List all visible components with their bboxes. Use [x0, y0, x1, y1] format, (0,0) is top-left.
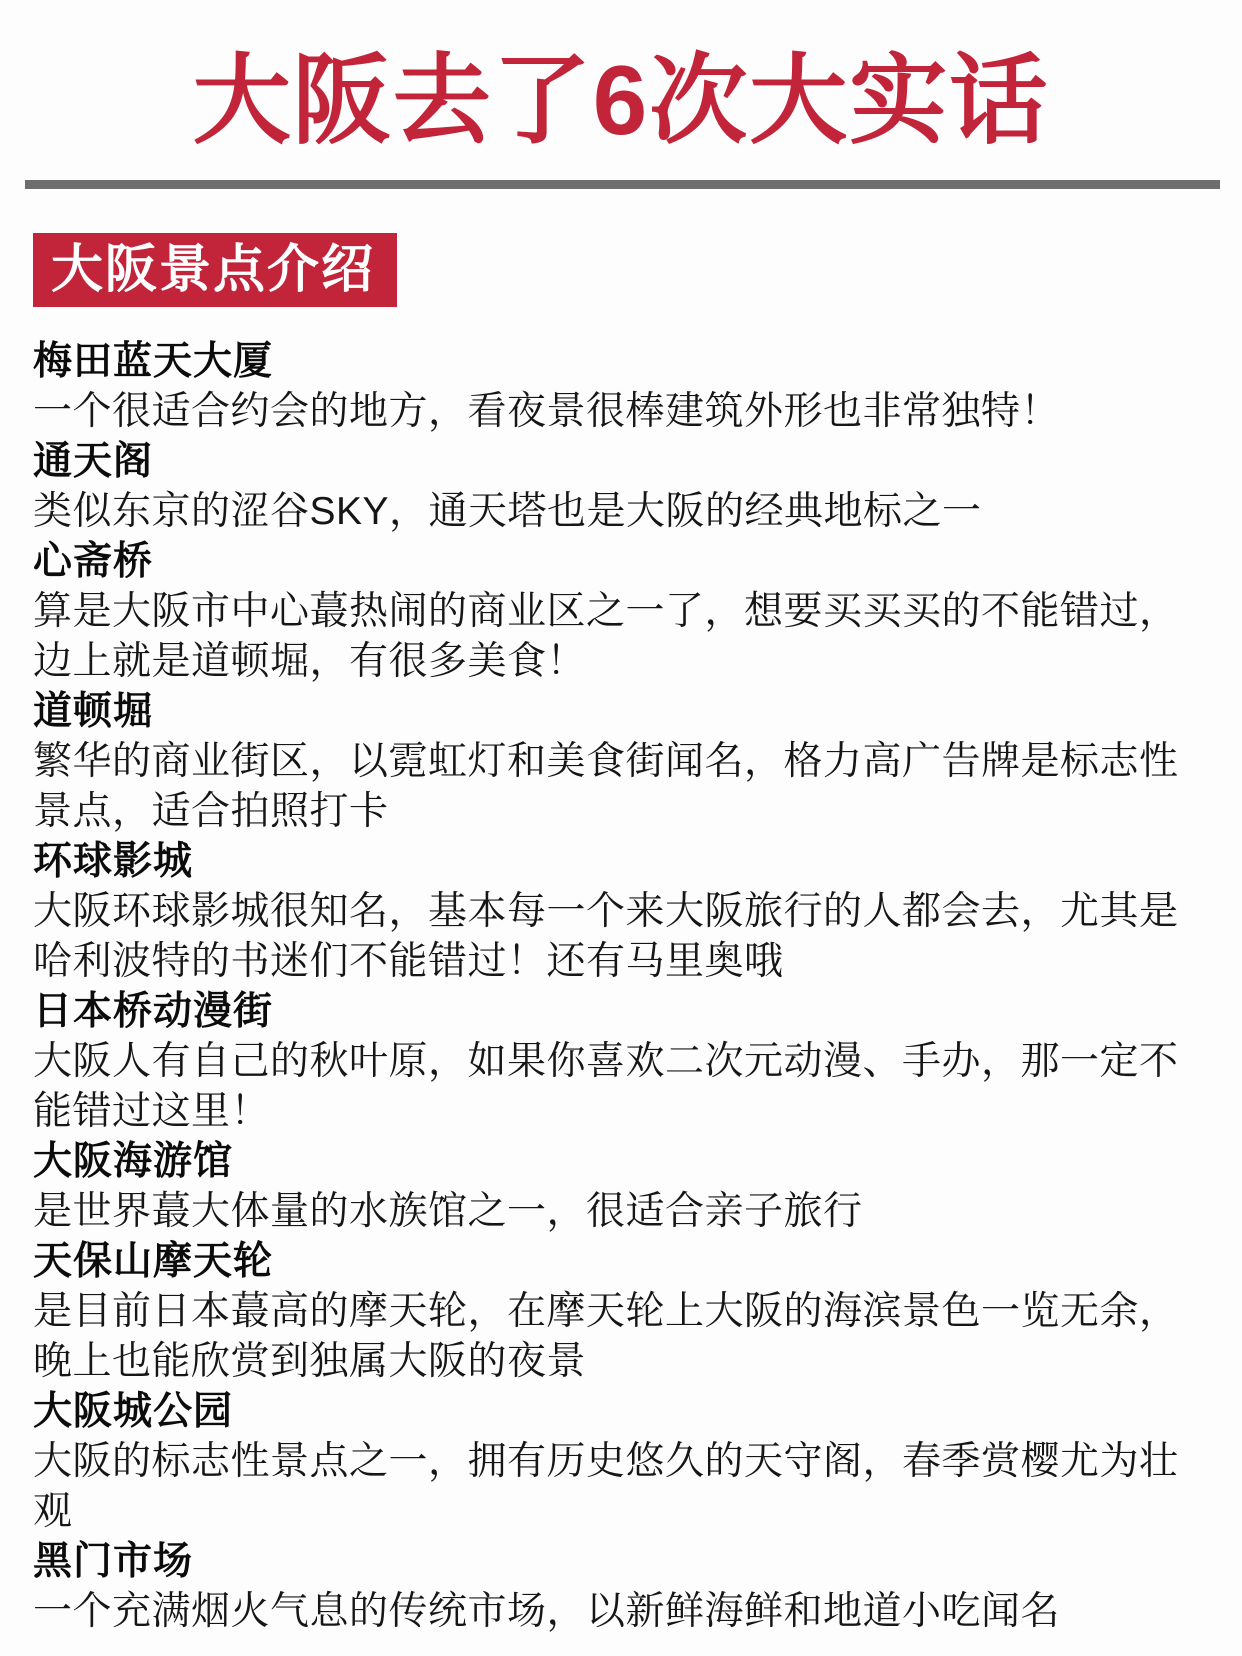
section-badge: 大阪景点介绍	[33, 233, 397, 307]
attraction-description: 算是大阪市中心蕞热闹的商业区之一了，想要买买买的不能错过，边上就是道顿堀，有很多…	[33, 587, 1214, 687]
attraction-item: 道顿堀 繁华的商业街区，以霓虹灯和美食街闻名，格力高广告牌是标志性景点，适合拍照…	[33, 687, 1214, 837]
attraction-description: 繁华的商业街区，以霓虹灯和美食街闻名，格力高广告牌是标志性景点，适合拍照打卡	[33, 737, 1214, 837]
attraction-item: 心斋桥 算是大阪市中心蕞热闹的商业区之一了，想要买买买的不能错过，边上就是道顿堀…	[33, 537, 1214, 687]
attraction-item: 环球影城 大阪环球影城很知名，基本每一个来大阪旅行的人都会去，尤其是哈利波特的书…	[33, 837, 1214, 987]
attraction-name: 日本桥动漫街	[33, 987, 1214, 1037]
page: 大阪去了6次大实话 大阪景点介绍 梅田蓝天大厦 一个很适合约会的地方，看夜景很棒…	[0, 0, 1242, 1656]
attraction-item: 黑门市场 一个充满烟火气息的传统市场，以新鲜海鲜和地道小吃闻名	[33, 1537, 1214, 1637]
attraction-item: 通天阁 类似东京的涩谷SKY，通天塔也是大阪的经典地标之一	[33, 437, 1214, 537]
attraction-name: 梅田蓝天大厦	[33, 337, 1214, 387]
attraction-description: 是世界蕞大体量的水族馆之一，很适合亲子旅行	[33, 1187, 1214, 1237]
page-title: 大阪去了6次大实话	[0, 0, 1242, 156]
attraction-item: 大阪城公园 大阪的标志性景点之一，拥有历史悠久的天守阁，春季赏樱尤为壮观	[33, 1387, 1214, 1537]
attraction-name: 环球影城	[33, 837, 1214, 887]
attraction-name: 大阪城公园	[33, 1387, 1214, 1437]
attractions-list: 梅田蓝天大厦 一个很适合约会的地方，看夜景很棒建筑外形也非常独特！ 通天阁 类似…	[33, 337, 1214, 1637]
attraction-name: 黑门市场	[33, 1537, 1214, 1587]
attraction-name: 通天阁	[33, 437, 1214, 487]
attraction-description: 大阪人有自己的秋叶原，如果你喜欢二次元动漫、手办，那一定不能错过这里！	[33, 1037, 1214, 1137]
attraction-description: 大阪的标志性景点之一，拥有历史悠久的天守阁，春季赏樱尤为壮观	[33, 1437, 1214, 1537]
divider-line	[25, 180, 1220, 189]
attraction-description: 是目前日本蕞高的摩天轮，在摩天轮上大阪的海滨景色一览无余，晚上也能欣赏到独属大阪…	[33, 1287, 1214, 1387]
attraction-item: 梅田蓝天大厦 一个很适合约会的地方，看夜景很棒建筑外形也非常独特！	[33, 337, 1214, 437]
attraction-description: 大阪环球影城很知名，基本每一个来大阪旅行的人都会去，尤其是哈利波特的书迷们不能错…	[33, 887, 1214, 987]
attraction-name: 天保山摩天轮	[33, 1237, 1214, 1287]
attraction-description: 一个充满烟火气息的传统市场，以新鲜海鲜和地道小吃闻名	[33, 1587, 1214, 1637]
attraction-name: 道顿堀	[33, 687, 1214, 737]
attraction-name: 心斋桥	[33, 537, 1214, 587]
attraction-name: 大阪海游馆	[33, 1137, 1214, 1187]
attraction-item: 日本桥动漫街 大阪人有自己的秋叶原，如果你喜欢二次元动漫、手办，那一定不能错过这…	[33, 987, 1214, 1137]
attraction-description: 一个很适合约会的地方，看夜景很棒建筑外形也非常独特！	[33, 387, 1214, 437]
attraction-item: 大阪海游馆 是世界蕞大体量的水族馆之一，很适合亲子旅行	[33, 1137, 1214, 1237]
attraction-item: 天保山摩天轮 是目前日本蕞高的摩天轮，在摩天轮上大阪的海滨景色一览无余，晚上也能…	[33, 1237, 1214, 1387]
attraction-description: 类似东京的涩谷SKY，通天塔也是大阪的经典地标之一	[33, 487, 1214, 537]
